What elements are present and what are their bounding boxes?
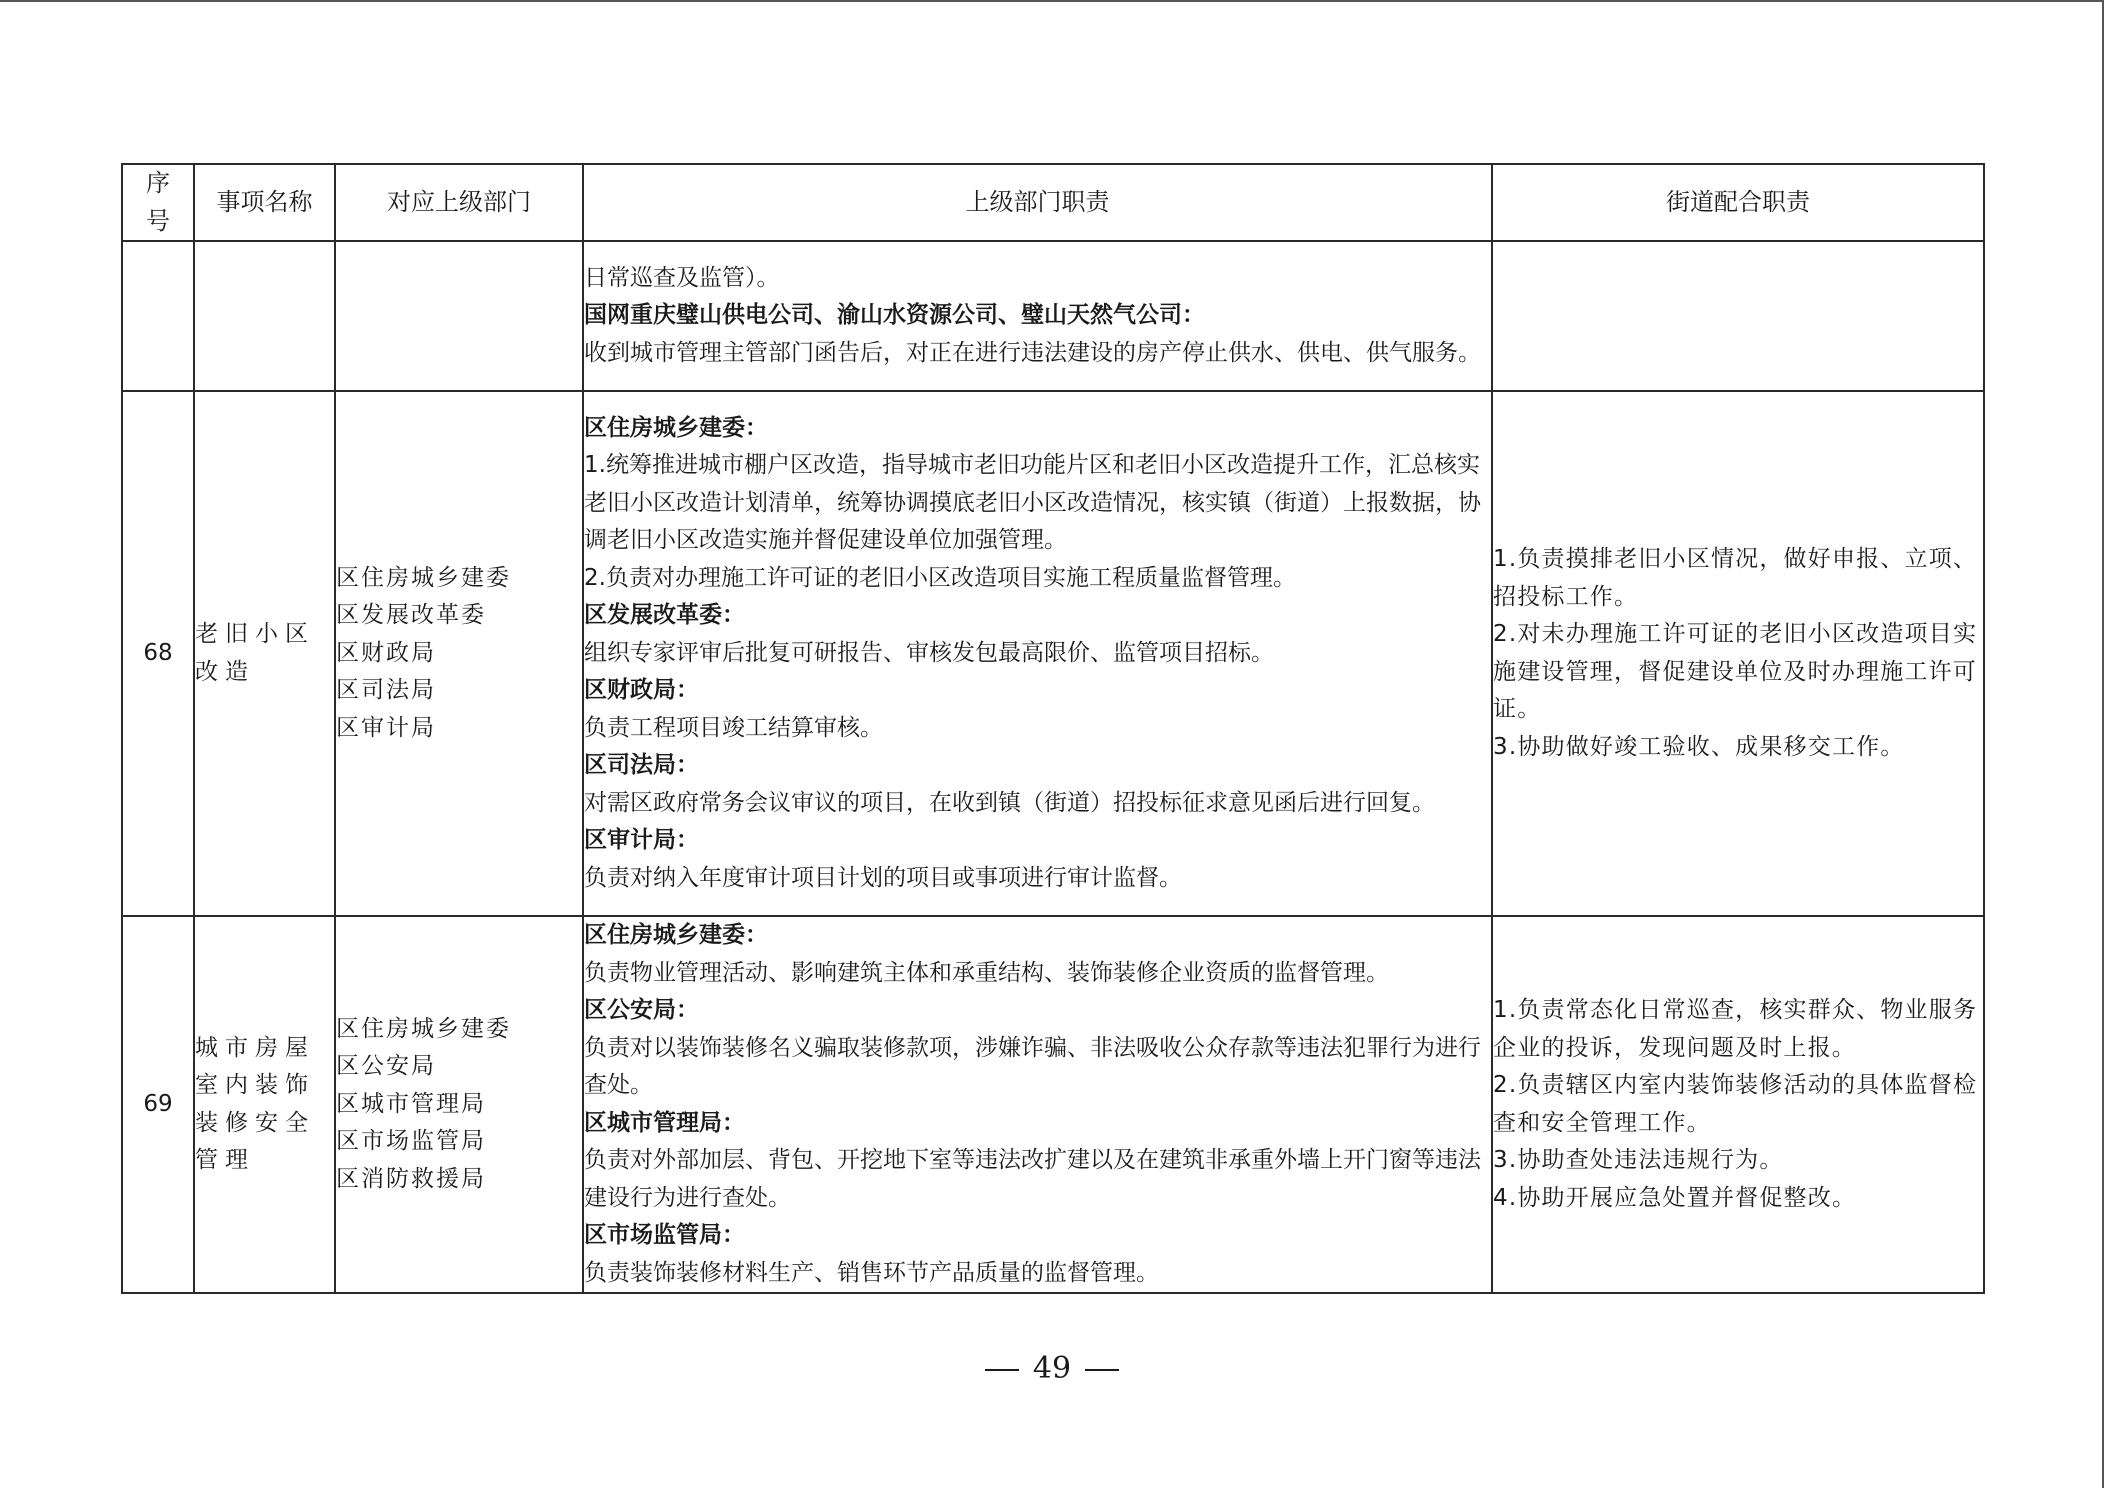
- duty-paragraph: 组织专家评审后批复可研报告、审核发包最高限价、监管项目招标。: [584, 635, 1491, 673]
- table-row: 日常巡查及监管）。 国网重庆璧山供电公司、渝山水资源公司、璧山天然气公司： 收到…: [122, 241, 1984, 391]
- page-top-edge: [0, 0, 2104, 2]
- cell-item-name: [194, 241, 335, 391]
- street-duty-item: 2.负责辖区内室内装饰装修活动的具体监督检查和安全管理工作。: [1493, 1067, 1983, 1142]
- cell-street-duty: 1.负责常态化日常巡查，核实群众、物业服务企业的投诉，发现问题及时上报。 2.负…: [1492, 916, 1984, 1293]
- duty-paragraph: 负责对纳入年度审计项目计划的项目或事项进行审计监督。: [584, 860, 1491, 898]
- duty-paragraph: 负责物业管理活动、影响建筑主体和承重结构、装饰装修企业资质的监督管理。: [584, 955, 1491, 993]
- street-duty-item: 1.负责常态化日常巡查，核实群众、物业服务企业的投诉，发现问题及时上报。: [1493, 992, 1983, 1067]
- header-upper-dept: 对应上级部门: [335, 164, 583, 241]
- dept-name: 区住房城乡建委: [336, 1011, 582, 1049]
- cell-item-name: 老旧小区改造: [194, 391, 335, 916]
- duty-paragraph: 负责对外部加层、背包、开挖地下室等违法改扩建以及在建筑非承重外墙上开门窗等违法建…: [584, 1142, 1491, 1217]
- duty-paragraph: 负责装饰装修材料生产、销售环节产品质量的监督管理。: [584, 1255, 1491, 1293]
- street-duty-item: 3.协助查处违法违规行为。: [1493, 1142, 1983, 1180]
- header-serial-line1: 序: [123, 165, 193, 203]
- duty-dept-heading: 区住房城乡建委：: [584, 410, 1491, 448]
- duty-dept-heading: 区发展改革委：: [584, 597, 1491, 635]
- cell-serial-number: 69: [122, 916, 194, 1293]
- dept-name: 区司法局: [336, 672, 582, 710]
- duty-dept-heading: 区城市管理局：: [584, 1105, 1491, 1143]
- page-number-footer: 49: [0, 1351, 2104, 1386]
- duty-dept-heading: 区审计局：: [584, 822, 1491, 860]
- duty-dept-heading: 国网重庆璧山供电公司、渝山水资源公司、璧山天然气公司：: [584, 297, 1491, 335]
- duty-paragraph: 收到城市管理主管部门函告后，对正在进行违法建设的房产停止供水、供电、供气服务。: [584, 335, 1491, 373]
- dept-name: 区审计局: [336, 710, 582, 748]
- cell-upper-duty: 日常巡查及监管）。 国网重庆璧山供电公司、渝山水资源公司、璧山天然气公司： 收到…: [583, 241, 1492, 391]
- street-duty-item: 2.对未办理施工许可证的老旧小区改造项目实施建设管理，督促建设单位及时办理施工许…: [1493, 616, 1983, 729]
- page-number: 49: [1033, 1351, 1071, 1386]
- dept-name: 区公安局: [336, 1048, 582, 1086]
- cell-street-duty: 1.负责摸排老旧小区情况，做好申报、立项、招投标工作。 2.对未办理施工许可证的…: [1492, 391, 1984, 916]
- duty-dept-heading: 区财政局：: [584, 672, 1491, 710]
- cell-street-duty: [1492, 241, 1984, 391]
- dept-name: 区消防救援局: [336, 1161, 582, 1199]
- header-street-duty: 街道配合职责: [1492, 164, 1984, 241]
- cell-item-name: 城市房屋室内装饰装修安全管理: [194, 916, 335, 1293]
- duty-paragraph: 负责工程项目竣工结算审核。: [584, 710, 1491, 748]
- cell-upper-dept: 区住房城乡建委 区公安局 区城市管理局 区市场监管局 区消防救援局: [335, 916, 583, 1293]
- header-serial-number: 序 号: [122, 164, 194, 241]
- dept-name: 区财政局: [336, 635, 582, 673]
- dash-left: [985, 1369, 1019, 1371]
- dept-name: 区发展改革委: [336, 597, 582, 635]
- duty-paragraph: 1.统筹推进城市棚户区改造，指导城市老旧功能片区和老旧小区改造提升工作，汇总核实…: [584, 447, 1491, 560]
- street-duty-item: 3.协助做好竣工验收、成果移交工作。: [1493, 729, 1983, 767]
- table-row: 69 城市房屋室内装饰装修安全管理 区住房城乡建委 区公安局 区城市管理局 区市…: [122, 916, 1984, 1293]
- cell-upper-dept: [335, 241, 583, 391]
- dash-right: [1085, 1369, 1119, 1371]
- duty-dept-heading: 区公安局：: [584, 992, 1491, 1030]
- duty-paragraph: 2.负责对办理施工许可证的老旧小区改造项目实施工程质量监督管理。: [584, 560, 1491, 598]
- cell-upper-duty: 区住房城乡建委： 1.统筹推进城市棚户区改造，指导城市老旧功能片区和老旧小区改造…: [583, 391, 1492, 916]
- dept-name: 区市场监管局: [336, 1123, 582, 1161]
- street-duty-item: 1.负责摸排老旧小区情况，做好申报、立项、招投标工作。: [1493, 541, 1983, 616]
- duty-paragraph: 对需区政府常务会议审议的项目，在收到镇（街道）招投标征求意见函后进行回复。: [584, 785, 1491, 823]
- duty-dept-heading: 区市场监管局：: [584, 1217, 1491, 1255]
- header-serial-line2: 号: [123, 203, 193, 241]
- table-header-row: 序 号 事项名称 对应上级部门 上级部门职责 街道配合职责: [122, 164, 1984, 241]
- duty-dept-heading: 区司法局：: [584, 747, 1491, 785]
- duty-table: 序 号 事项名称 对应上级部门 上级部门职责 街道配合职责 日常巡查及监管）。 …: [121, 163, 1985, 1294]
- cell-upper-duty: 区住房城乡建委： 负责物业管理活动、影响建筑主体和承重结构、装饰装修企业资质的监…: [583, 916, 1492, 1293]
- dept-name: 区城市管理局: [336, 1086, 582, 1124]
- duty-paragraph: 负责对以装饰装修名义骗取装修款项，涉嫌诈骗、非法吸收公众存款等违法犯罪行为进行查…: [584, 1030, 1491, 1105]
- duty-dept-heading: 区住房城乡建委：: [584, 917, 1491, 955]
- cell-upper-dept: 区住房城乡建委 区发展改革委 区财政局 区司法局 区审计局: [335, 391, 583, 916]
- header-item-name: 事项名称: [194, 164, 335, 241]
- street-duty-item: 4.协助开展应急处置并督促整改。: [1493, 1180, 1983, 1218]
- cell-serial-number: 68: [122, 391, 194, 916]
- table-row: 68 老旧小区改造 区住房城乡建委 区发展改革委 区财政局 区司法局 区审计局 …: [122, 391, 1984, 916]
- header-upper-duty: 上级部门职责: [583, 164, 1492, 241]
- duty-paragraph: 日常巡查及监管）。: [584, 260, 1491, 298]
- cell-serial-number: [122, 241, 194, 391]
- dept-name: 区住房城乡建委: [336, 560, 582, 598]
